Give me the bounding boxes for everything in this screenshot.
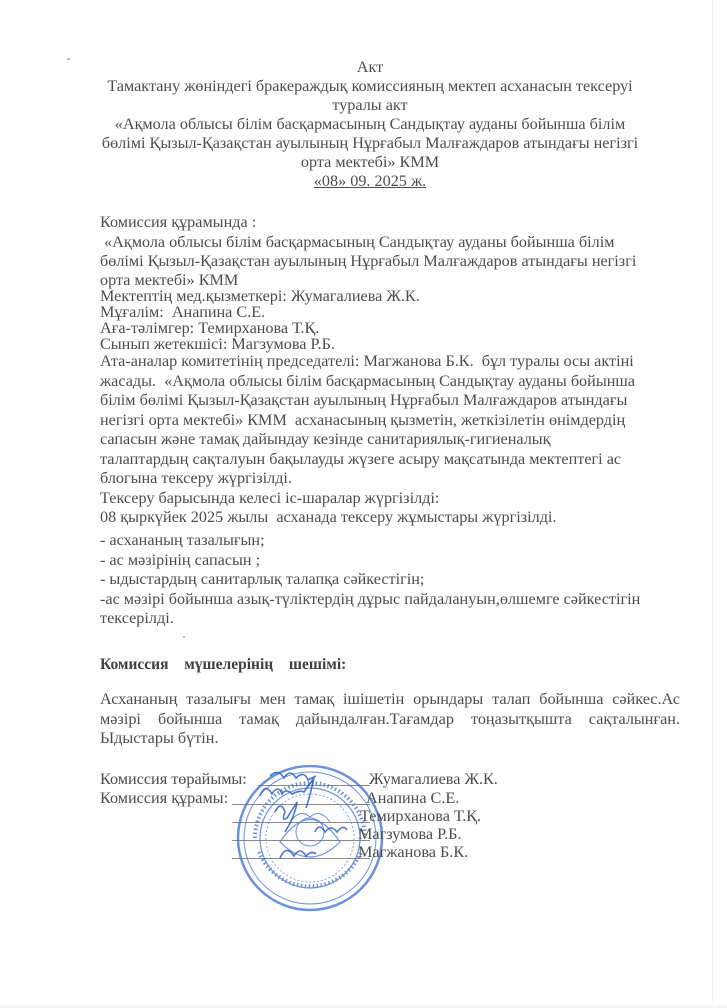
body-paragraph: Ата-аналар комитетінің председателі: Маг…: [100, 352, 680, 528]
document-title: Акт: [80, 58, 660, 77]
checklist: - асхананың тазалығын; - ас мәзірінің са…: [100, 531, 680, 629]
scan-speck: [67, 58, 70, 60]
scan-bottom-shadow: [0, 1002, 727, 1008]
checklist-item: - асхананың тазалығын;: [100, 531, 680, 551]
members-label: Комиссия құрамы:: [100, 789, 228, 808]
member-medical: Мектептің мед.қызметкері: Жумагалиева Ж.…: [100, 288, 680, 304]
signatory-name: Жумагалиева Ж.К.: [369, 770, 498, 789]
commission-section: Комиссия құрамында : «Ақмола облысы білі…: [100, 213, 680, 352]
document-header: Акт Тамактану жөніндегі бракераждық коми…: [80, 58, 660, 191]
commission-heading: Комиссия құрамында :: [100, 213, 680, 233]
paragraph-line: талаптардың сақталуын бақылауды жүзеге а…: [100, 450, 680, 470]
document-date: «08» 09. 2025 ж.: [314, 172, 426, 190]
paragraph-line: блогына тексеру жүргізілді.: [100, 469, 680, 489]
member-class-teacher: Сынып жетекшісі: Магзумова Р.Б.: [100, 336, 680, 352]
activities-intro: Тексеру барысында келесі іс-шаралар жүрг…: [100, 489, 680, 509]
checklist-item: тексерілді.: [100, 609, 680, 629]
organization-name-cont: орта мектебі» КММ: [80, 153, 660, 172]
activities-date: 08 қыркүйек 2025 жылы асханада тексеру ж…: [100, 508, 680, 528]
member-teacher: Мұғалім: Анапина С.Е.: [100, 304, 680, 320]
organization-name-cont: бөлімі Қызыл-Қазақстан ауылының Нұрғабыл…: [80, 134, 660, 153]
decision-text: Асхананың тазалығы мен тамақ ішішетін ор…: [100, 690, 680, 749]
paragraph-line: негізгі орта мектебі» КММ асханасының қы…: [100, 411, 680, 431]
signatory-name: Магжанова Б.К.: [358, 843, 468, 862]
scan-speck: [183, 636, 185, 638]
document-subtitle: Тамактану жөніндегі бракераждық комиссия…: [80, 77, 660, 96]
scan-edge: [712, 0, 713, 1008]
signatory-name: Магзумова Р.Б.: [358, 825, 462, 844]
decision-section: Комиссия мүшелерінің шешімі:: [100, 656, 680, 674]
organization-name: «Ақмола облысы білім басқармасының Санды…: [80, 115, 660, 134]
checklist-item: - ас мәзірінің сапасын ;: [100, 551, 680, 571]
checklist-item: -ас мәзірі бойынша азық-түліктердің дұры…: [100, 590, 680, 610]
paragraph-line: жасады. «Ақмола облысы білім басқармасын…: [100, 372, 680, 392]
paragraph-line: білім бөлімі Қызыл-Қазақстан ауылының Нұ…: [100, 391, 680, 411]
commission-org-cont: бөлімі Қызыл-Қазақстан ауылының Нұрғабыл…: [100, 252, 680, 272]
signatory-name: Темирханова Т.Қ.: [360, 807, 481, 826]
commission-org-cont: орта мектебі» КММ: [100, 272, 680, 288]
signatory-name: Анапина С.Е.: [366, 789, 459, 808]
document-page: Акт Тамактану жөніндегі бракераждық коми…: [0, 0, 727, 1008]
paragraph-line: сапасын және тамақ дайындау кезінде сани…: [100, 430, 680, 450]
member-senior-counselor: Аға-тәлімгер: Темирханова Т.Қ.: [100, 320, 680, 336]
chair-label: Комиссия төрайымы:: [100, 770, 247, 789]
paragraph-line: Ата-аналар комитетінің председателі: Маг…: [100, 352, 680, 372]
commission-org: «Ақмола облысы білім басқармасының Санды…: [100, 233, 680, 253]
checklist-item: - ыдыстардың санитарлық талапқа сәйкесті…: [100, 570, 680, 590]
decision-heading: Комиссия мүшелерінің шешімі:: [100, 656, 680, 674]
document-subtitle-cont: туралы акт: [80, 96, 660, 115]
